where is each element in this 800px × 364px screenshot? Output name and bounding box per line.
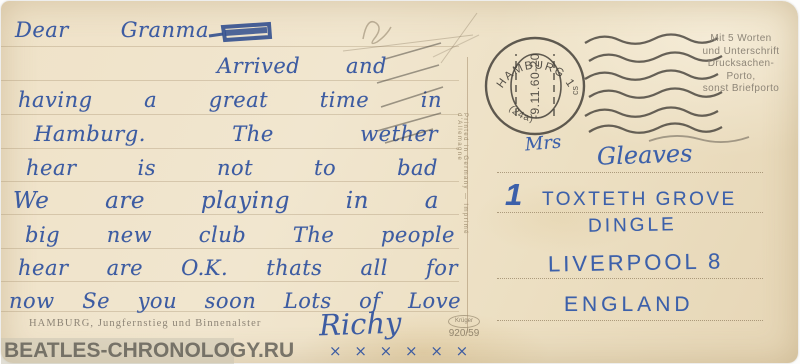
- message-line: hear is not to bad: [26, 153, 438, 183]
- address-city: LIVERPOOL 8: [548, 248, 724, 277]
- address-line-rule: [497, 320, 763, 321]
- postmark-code: cs: [570, 86, 580, 96]
- postage-note-line: sonst Briefporto: [689, 83, 793, 96]
- postage-note: Mit 5 Worten und Unterschrift Drucksache…: [689, 33, 793, 96]
- postmark-stamp: HAMBURG 1 (24a) -9.11.60-20 cs: [483, 36, 587, 140]
- message-line: big new club The people: [25, 220, 455, 250]
- scribbled-out-word: [207, 17, 279, 49]
- postage-note-line: Porto,: [689, 71, 793, 84]
- publisher-code: 920/59: [439, 328, 489, 339]
- message-line: Dear Granma: [15, 15, 209, 45]
- message-line: hear are O.K. thats all for: [18, 253, 458, 283]
- address-street: TOXTETH GROVE: [542, 189, 737, 211]
- signature: Richy: [318, 306, 402, 343]
- address-line-rule: [497, 212, 763, 213]
- postcard-back: Dear Granma Arrived and having a great t…: [1, 1, 798, 363]
- postmark-date: -9.11.60-20: [528, 53, 542, 119]
- address-line-rule: [497, 278, 763, 279]
- postage-note-line: Drucksachen-: [689, 58, 793, 71]
- kisses-xxx: × × × × × ×: [329, 342, 472, 360]
- address-line-rule: [497, 172, 763, 173]
- address-house-number: 1: [505, 177, 522, 213]
- address-district: DINGLE: [588, 214, 677, 238]
- postage-note-line: Mit 5 Worten: [689, 33, 793, 46]
- watermark-bar: BEATLES-CHRONOLOGY.RU: [1, 338, 234, 364]
- postage-note-line: und Unterschrift: [689, 46, 793, 59]
- postcard-scan: Dear Granma Arrived and having a great t…: [0, 0, 800, 364]
- publisher-mark: Krüger 920/59: [439, 309, 489, 339]
- publisher-logo: Krüger: [448, 315, 480, 328]
- printed-imprint: Printed in Germany — Imprimé d'Allemagne: [456, 113, 468, 263]
- address-country: ENGLAND: [564, 293, 694, 317]
- message-line: We are playing in a: [13, 186, 439, 216]
- address-title: Mrs: [524, 131, 562, 155]
- address-name: Gleaves: [597, 139, 693, 170]
- postcard-caption: HAMBURG, Jungfernstieg und Binnenalster: [29, 318, 261, 329]
